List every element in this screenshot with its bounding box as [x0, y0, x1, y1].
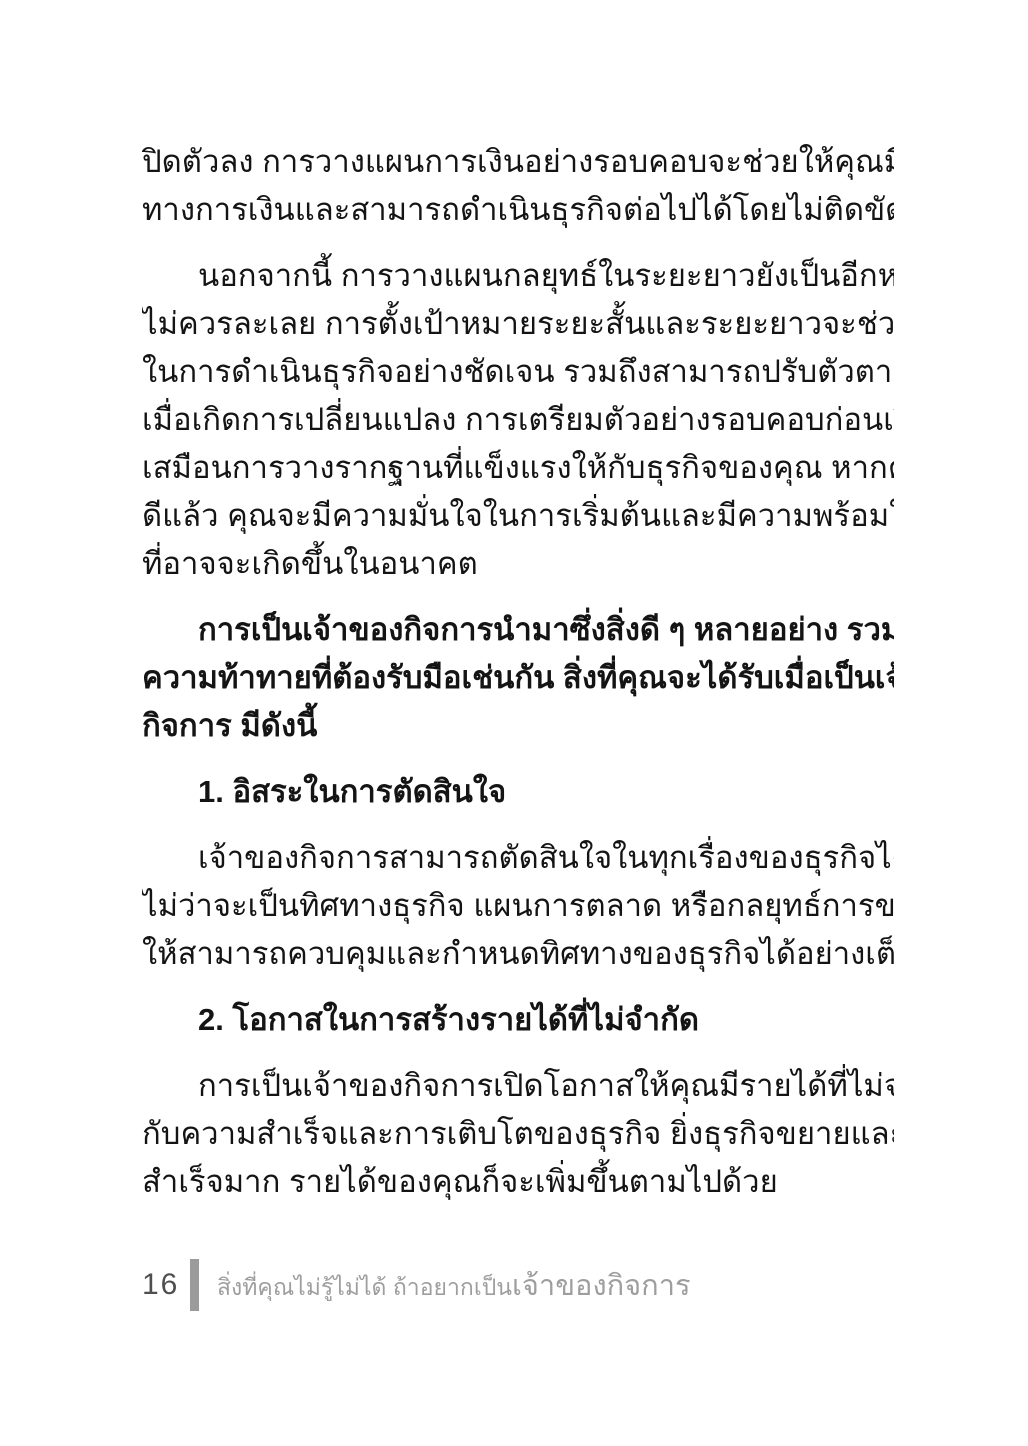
text-line: การเป็นเจ้าของกิจการเปิดโอกาสให้คุณมีราย… — [142, 1062, 894, 1110]
book-title-prefix: สิ่งที่คุณไม่รู้ไม่ได้ ถ้าอยากเป็น — [217, 1274, 512, 1300]
text-line: ให้สามารถควบคุมและกำหนดทิศทางของธุรกิจได… — [142, 930, 894, 978]
text-line: ดีแล้ว คุณจะมีความมั่นใจในการเริ่มต้นและ… — [142, 492, 894, 540]
section-heading-2: 2. โอกาสในการสร้างรายได้ที่ไม่จำกัด — [142, 996, 894, 1044]
text-line: เจ้าของกิจการสามารถตัดสินใจในทุกเรื่องขอ… — [142, 834, 894, 882]
text-line: กับความสำเร็จและการเติบโตของธุรกิจ ยิ่งธ… — [142, 1110, 894, 1158]
page-number: 16 — [142, 1268, 186, 1302]
text-line: เสมือนการวางรากฐานที่แข็งแรงให้กับธุรกิจ… — [142, 444, 894, 492]
text-line: ความท้าทายที่ต้องรับมือเช่นกัน สิ่งที่คุ… — [142, 654, 894, 702]
section-heading-1: 1. อิสระในการตัดสินใจ — [142, 768, 894, 816]
text-line: ปิดตัวลง การวางแผนการเงินอย่างรอบคอบจะช่… — [142, 138, 894, 186]
text-line: นอกจากนี้ การวางแผนกลยุทธ์ในระยะยาวยังเป… — [142, 252, 894, 300]
text-line: เมื่อเกิดการเปลี่ยนแปลง การเตรียมตัวอย่า… — [142, 396, 894, 444]
page-footer: 16 สิ่งที่คุณไม่รู้ไม่ได้ ถ้าอยากเป็นเจ้… — [142, 1258, 691, 1312]
footer-divider-bar — [190, 1259, 199, 1311]
paragraph-emphasis: การเป็นเจ้าของกิจการนำมาซึ่งสิ่งดี ๆ หลา… — [142, 606, 894, 750]
paragraph: เจ้าของกิจการสามารถตัดสินใจในทุกเรื่องขอ… — [142, 834, 894, 978]
paragraph: การเป็นเจ้าของกิจการเปิดโอกาสให้คุณมีราย… — [142, 1062, 894, 1206]
text-line: การเป็นเจ้าของกิจการนำมาซึ่งสิ่งดี ๆ หลา… — [142, 606, 894, 654]
text-line: ที่อาจจะเกิดขึ้นในอนาคต — [142, 540, 894, 588]
paragraph: ปิดตัวลง การวางแผนการเงินอย่างรอบคอบจะช่… — [142, 138, 894, 234]
page-body: ปิดตัวลง การวางแผนการเงินอย่างรอบคอบจะช่… — [142, 138, 894, 1206]
text-line: ไม่ควรละเลย การตั้งเป้าหมายระยะสั้นและระ… — [142, 300, 894, 348]
text-line: ไม่ว่าจะเป็นทิศทางธุรกิจ แผนการตลาด หรือ… — [142, 882, 894, 930]
paragraph: นอกจากนี้ การวางแผนกลยุทธ์ในระยะยาวยังเป… — [142, 252, 894, 588]
text-line: กิจการ มีดังนี้ — [142, 702, 894, 750]
book-page: ปิดตัวลง การวางแผนการเงินอย่างรอบคอบจะช่… — [0, 0, 1028, 1446]
text-line: สำเร็จมาก รายได้ของคุณก็จะเพิ่มขึ้นตามไป… — [142, 1158, 894, 1206]
running-book-title: สิ่งที่คุณไม่รู้ไม่ได้ ถ้าอยากเป็นเจ้าขอ… — [217, 1262, 691, 1308]
text-line: ทางการเงินและสามารถดำเนินธุรกิจต่อไปได้โ… — [142, 186, 894, 234]
text-line: ในการดำเนินธุรกิจอย่างชัดเจน รวมถึงสามาร… — [142, 348, 894, 396]
book-title-main: เจ้าของกิจการ — [512, 1270, 691, 1302]
